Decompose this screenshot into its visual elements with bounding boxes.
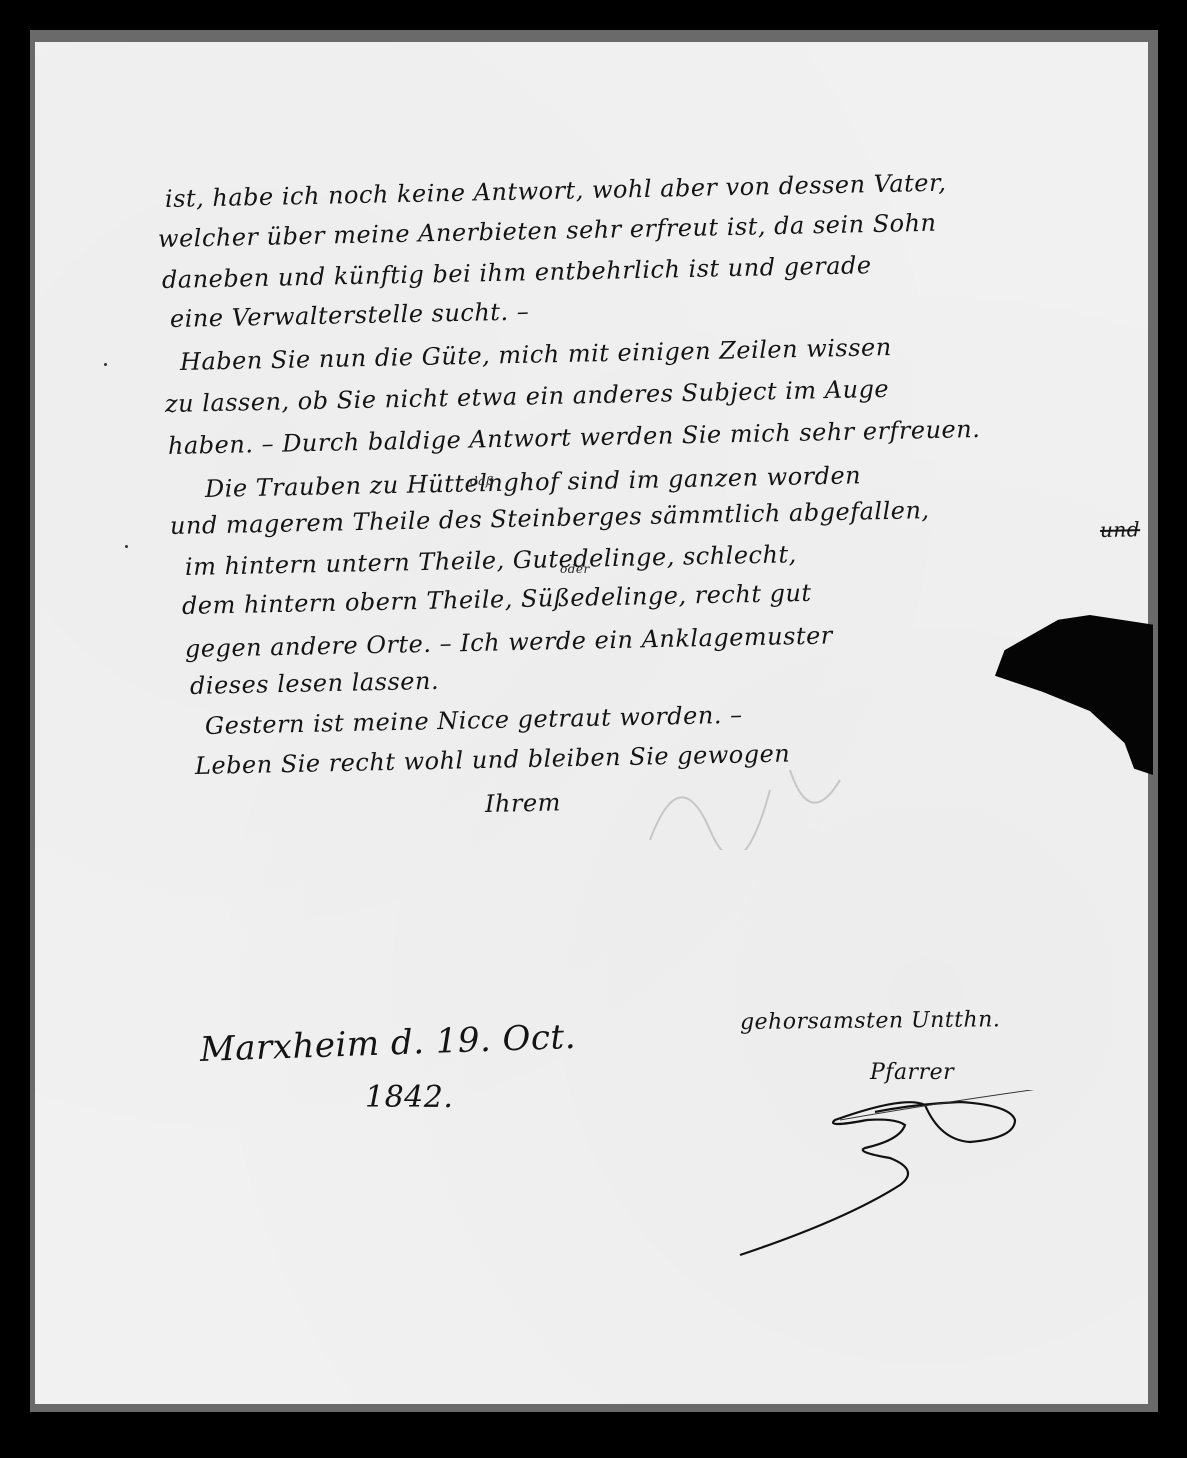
signature-name: Pfarrer [870,1060,954,1085]
interlinear-insert-dass: daß [470,474,494,488]
margin-speck [104,363,107,366]
body-line-13: dieses lesen lassen. [190,667,440,700]
margin-speck [125,545,128,548]
interlinear-insert-oder: oder [560,562,590,576]
body-line-16: Ihrem [485,788,561,818]
closing-phrase: gehorsamsten Untthn. [740,1007,1001,1035]
bleed-through-marks [640,750,860,850]
struck-word: und [1100,517,1141,542]
year: 1842. [365,1080,453,1115]
signature-flourish [725,1090,1085,1260]
